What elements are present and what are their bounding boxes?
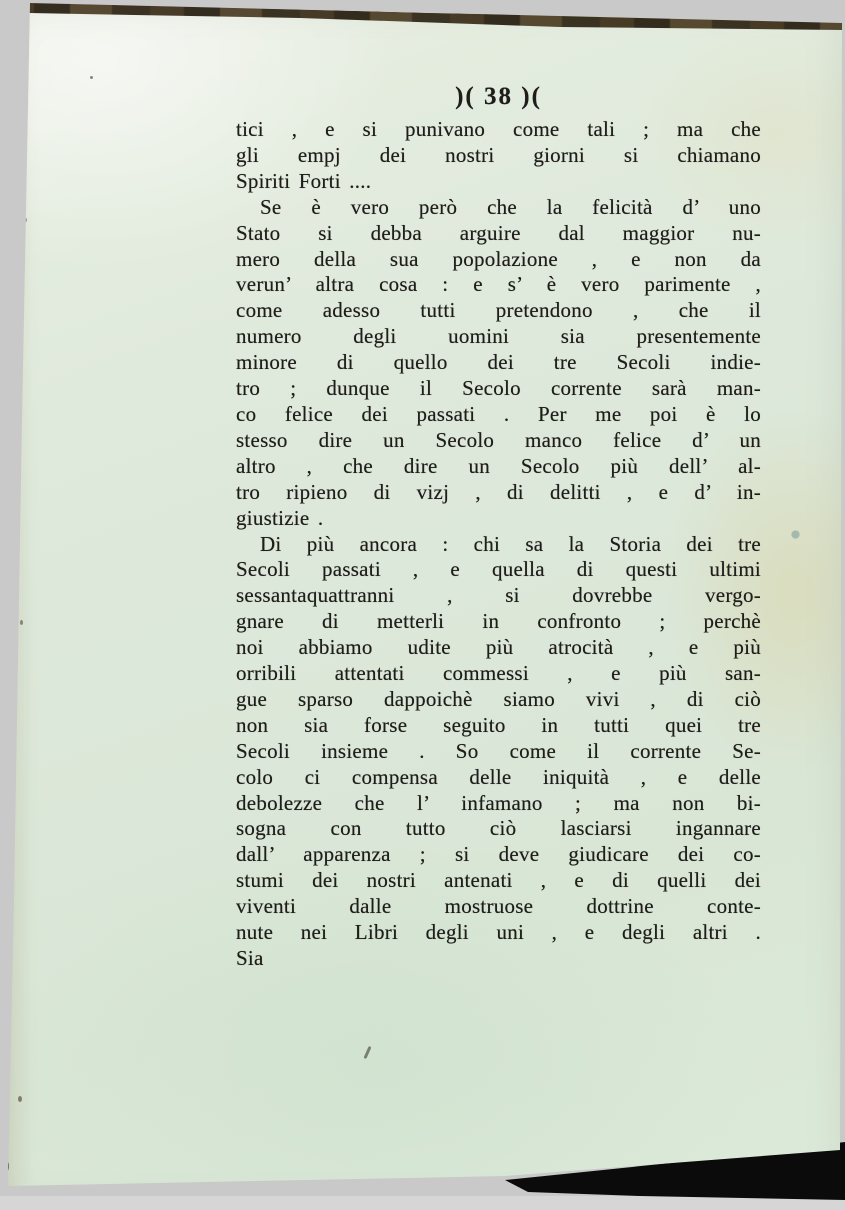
text-line: numero degli uomini sia presentemente — [236, 324, 761, 350]
page-number-header: )( 38 )( — [236, 83, 761, 111]
text-line: dall’ apparenza ; si deve giudicare dei … — [236, 842, 761, 868]
paper-stain-dot — [791, 530, 800, 539]
paper-speck — [90, 76, 93, 79]
text-line: sessantaquattranni , si dovrebbe vergo- — [236, 583, 761, 609]
text-line: giustizie . — [236, 506, 761, 532]
paper-speck — [24, 218, 27, 222]
text-line: Se è vero però che la felicità d’ uno — [236, 195, 761, 221]
paper-speck — [18, 1096, 22, 1102]
text-line: Spiriti Forti .... — [236, 169, 761, 195]
text-line: altro , che dire un Secolo più dell’ al- — [236, 454, 761, 480]
paper-speck — [20, 620, 23, 625]
text-line: debolezze che l’ infamano ; ma non bi- — [236, 791, 761, 817]
text-line: verun’ altra cosa : e s’ è vero pariment… — [236, 272, 761, 298]
text-line: Stato si debba arguire dal maggior nu- — [236, 221, 761, 247]
body-text: tici , e si punivano come tali ; ma cheg… — [236, 117, 761, 972]
text-line: tro ; dunque il Secolo corrente sarà man… — [236, 376, 761, 402]
catchword: Sia — [236, 946, 761, 972]
text-line: gnare di metterli in confronto ; perchè — [236, 609, 761, 635]
text-line: stumi dei nostri antenati , e di quelli … — [236, 868, 761, 894]
text-line: viventi dalle mostruose dottrine conte- — [236, 894, 761, 920]
book-page: )( 38 )( tici , e si punivano come tali … — [0, 0, 845, 1210]
text-line: nute nei Libri degli uni , e degli altri… — [236, 920, 761, 946]
text-line: Secoli passati , e quella di questi ulti… — [236, 557, 761, 583]
text-line: tici , e si punivano come tali ; ma che — [236, 117, 761, 143]
ink-fiber-mark — [363, 1046, 371, 1059]
text-line: Secoli insieme . So come il corrente Se- — [236, 739, 761, 765]
scanned-book-page: )( 38 )( tici , e si punivano come tali … — [0, 0, 845, 1210]
text-line: minore di quello dei tre Secoli indie- — [236, 350, 761, 376]
text-line: gue sparso dappoichè siamo vivi , di ciò — [236, 687, 761, 713]
text-line: come adesso tutti pretendono , che il — [236, 298, 761, 324]
text-line: tro ripieno di vizj , di delitti , e d’ … — [236, 480, 761, 506]
text-line: Di più ancora : chi sa la Storia dei tre — [236, 532, 761, 558]
scanner-bed-strip — [0, 1196, 845, 1210]
text-line: colo ci compensa delle iniquità , e dell… — [236, 765, 761, 791]
text-line: orribili attentati commessi , e più san- — [236, 661, 761, 687]
binding-speck — [2, 1160, 9, 1172]
text-line: non sia forse seguito in tutti quei tre — [236, 713, 761, 739]
text-line: co felice dei passati . Per me poi è lo — [236, 402, 761, 428]
text-line: mero della sua popolazione , e non da — [236, 247, 761, 273]
text-line: noi abbiamo udite più atrocità , e più — [236, 635, 761, 661]
text-line: stesso dire un Secolo manco felice d’ un — [236, 428, 761, 454]
text-line: gli empj dei nostri giorni si chiamano — [236, 143, 761, 169]
text-line: sogna con tutto ciò lasciarsi ingannare — [236, 816, 761, 842]
